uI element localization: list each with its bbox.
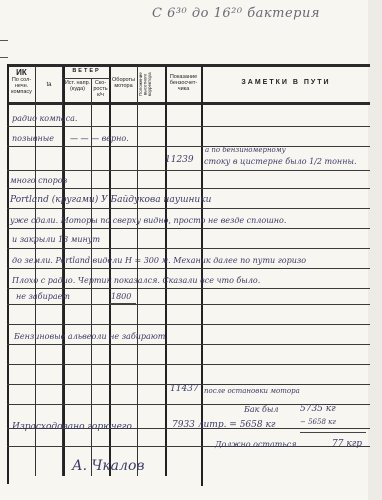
header-wind-direction: Ист. напр. (куда) bbox=[64, 81, 91, 93]
entry-text: не забирает bbox=[16, 292, 70, 301]
wind-subheader-line bbox=[63, 78, 110, 79]
row-line bbox=[7, 364, 370, 365]
underline bbox=[110, 303, 136, 304]
row-line bbox=[7, 146, 370, 147]
row-line bbox=[7, 304, 370, 305]
entry-text: Portland (кругами) У Байдукова наушники bbox=[10, 195, 211, 205]
header-fuel-gauge: Показание бензосчет-чика bbox=[166, 75, 201, 92]
margin-tick bbox=[0, 57, 8, 58]
entry-value: − 5658 кг bbox=[300, 418, 336, 426]
top-handwritten-note: С 6³⁰ до 16²⁰ бактерия bbox=[152, 6, 320, 21]
row-line bbox=[7, 344, 370, 345]
col-divider bbox=[63, 66, 65, 476]
header-notes: ЗАМЕТКИ В ПУТИ bbox=[202, 79, 370, 86]
col-divider bbox=[35, 66, 36, 476]
rpm-value: 1800 bbox=[111, 292, 131, 301]
underline bbox=[300, 432, 366, 433]
table-left-border bbox=[7, 64, 9, 484]
entry-text: уже сдали. Моторы по сверху видно, прост… bbox=[10, 216, 286, 225]
row-line bbox=[7, 288, 370, 289]
entry-text: Бак был bbox=[244, 405, 278, 414]
fuel-reading: 11239 bbox=[165, 155, 194, 165]
signature: А. Чкалов bbox=[72, 458, 145, 474]
entry-text: Израсходовано горючего bbox=[12, 422, 132, 432]
col-divider bbox=[109, 66, 111, 476]
row-line bbox=[7, 188, 370, 189]
fuel-reading: 7933 литр. = 5658 кг bbox=[172, 420, 275, 430]
page-edge bbox=[368, 0, 382, 500]
entry-text: много споров bbox=[10, 176, 67, 185]
row-line bbox=[7, 208, 370, 209]
row-line bbox=[7, 170, 370, 171]
row-line bbox=[7, 268, 370, 269]
entry-text: Плохо с радио. Чертик показался. Сказали… bbox=[12, 276, 260, 285]
header-ta: tа bbox=[36, 82, 62, 88]
fuel-reading: 11437 bbox=[170, 384, 199, 394]
margin-tick bbox=[0, 40, 8, 41]
entry-text: — — — верно. bbox=[70, 134, 129, 143]
entry-value: 5735 кг bbox=[300, 404, 336, 414]
header-wind: ВЕТЕР bbox=[64, 69, 109, 75]
entry-text: после остановки мотора bbox=[204, 387, 300, 395]
col-divider bbox=[137, 66, 138, 476]
entry-text: до земли. Portland видели H = 300 м. Мех… bbox=[12, 256, 306, 265]
row-line bbox=[7, 228, 370, 229]
entry-text: Должно остаться bbox=[215, 440, 297, 449]
entry-text: а по бензиномерному bbox=[205, 146, 286, 154]
entry-text: и закрыли 13 минут bbox=[12, 235, 100, 244]
row-line bbox=[7, 446, 370, 447]
row-line bbox=[7, 126, 370, 127]
logbook-page: С 6³⁰ до 16²⁰ бактерия ИК По сол-нечн. к… bbox=[0, 0, 382, 500]
header-ik-sub: По сол-нечн. компасу bbox=[8, 78, 35, 95]
header-engine-rpm: Обороты мотора bbox=[110, 78, 137, 90]
entry-text: позывные bbox=[12, 134, 54, 143]
entry-value: 77 кгр bbox=[332, 439, 362, 449]
entry-text: стоку в цистерне было 1/2 тонны. bbox=[204, 157, 357, 166]
header-wind-speed: Ско-рость к/ч bbox=[92, 81, 109, 98]
entry-text: Бензиновые альвеоли не забирают. bbox=[14, 332, 168, 341]
header-altitude-corrector: Положение высотного корректора bbox=[139, 68, 164, 101]
row-line bbox=[7, 248, 370, 249]
row-line bbox=[7, 324, 370, 325]
col-divider bbox=[165, 66, 167, 476]
entry-text: радио компаса. bbox=[12, 114, 77, 123]
